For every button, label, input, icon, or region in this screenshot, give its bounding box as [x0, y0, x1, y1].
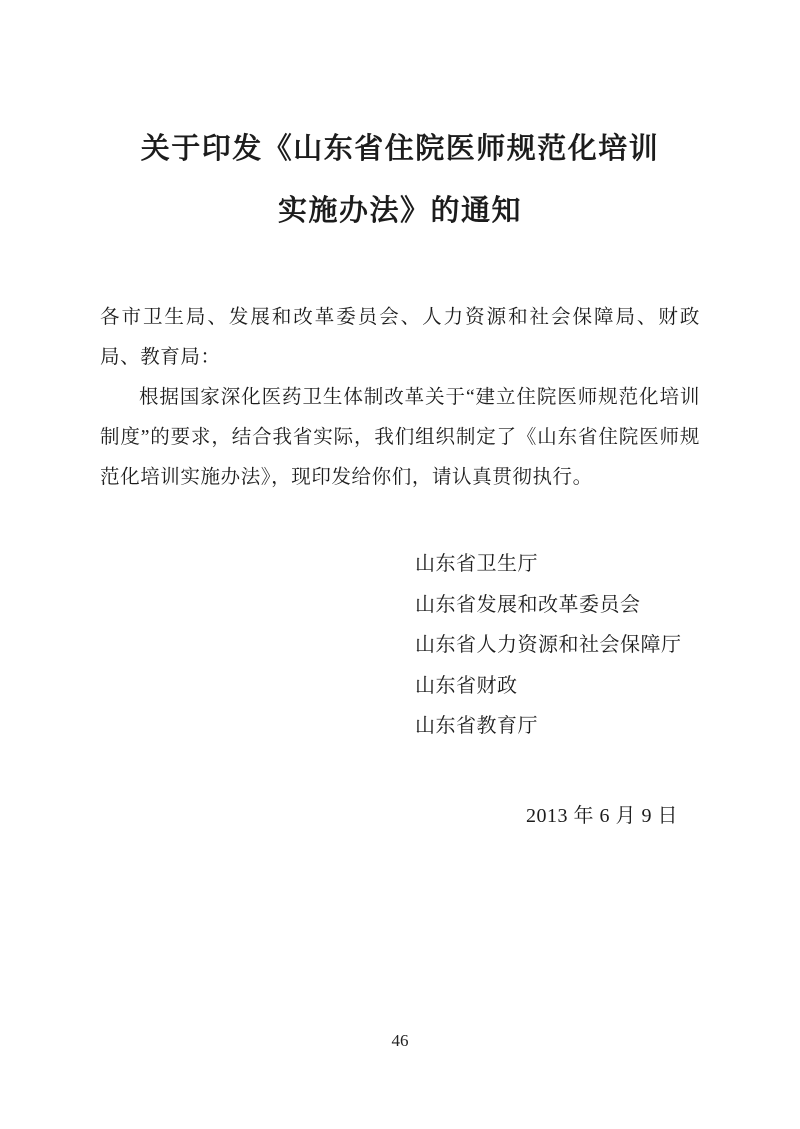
document-title: 关于印发《山东省住院医师规范化培训 实施办法》的通知	[0, 118, 800, 242]
signature-line: 山东省卫生厅	[415, 544, 800, 585]
salutation: 各市卫生局、发展和改革委员会、人力资源和社会保障局、财政局、教育局：	[100, 298, 700, 378]
signature-line: 山东省教育厅	[415, 706, 800, 747]
signature-line: 山东省人力资源和社会保障厅	[415, 625, 800, 666]
title-line-2: 实施办法》的通知	[0, 180, 800, 242]
title-line-1: 关于印发《山东省住院医师规范化培训	[0, 118, 800, 180]
document-page: 关于印发《山东省住院医师规范化培训 实施办法》的通知 各市卫生局、发展和改革委员…	[0, 0, 800, 1129]
signature-line: 山东省财政	[415, 666, 800, 707]
body-paragraph: 根据国家深化医药卫生体制改革关于“建立住院医师规范化培训制度”的要求，结合我省实…	[100, 378, 700, 498]
document-body: 各市卫生局、发展和改革委员会、人力资源和社会保障局、财政局、教育局： 根据国家深…	[100, 298, 700, 498]
signature-line: 山东省发展和改革委员会	[415, 585, 800, 626]
date-line: 2013 年 6 月 9 日	[0, 799, 678, 828]
signature-block: 山东省卫生厅 山东省发展和改革委员会 山东省人力资源和社会保障厅 山东省财政 山…	[415, 544, 800, 747]
page-number: 46	[0, 1031, 800, 1051]
